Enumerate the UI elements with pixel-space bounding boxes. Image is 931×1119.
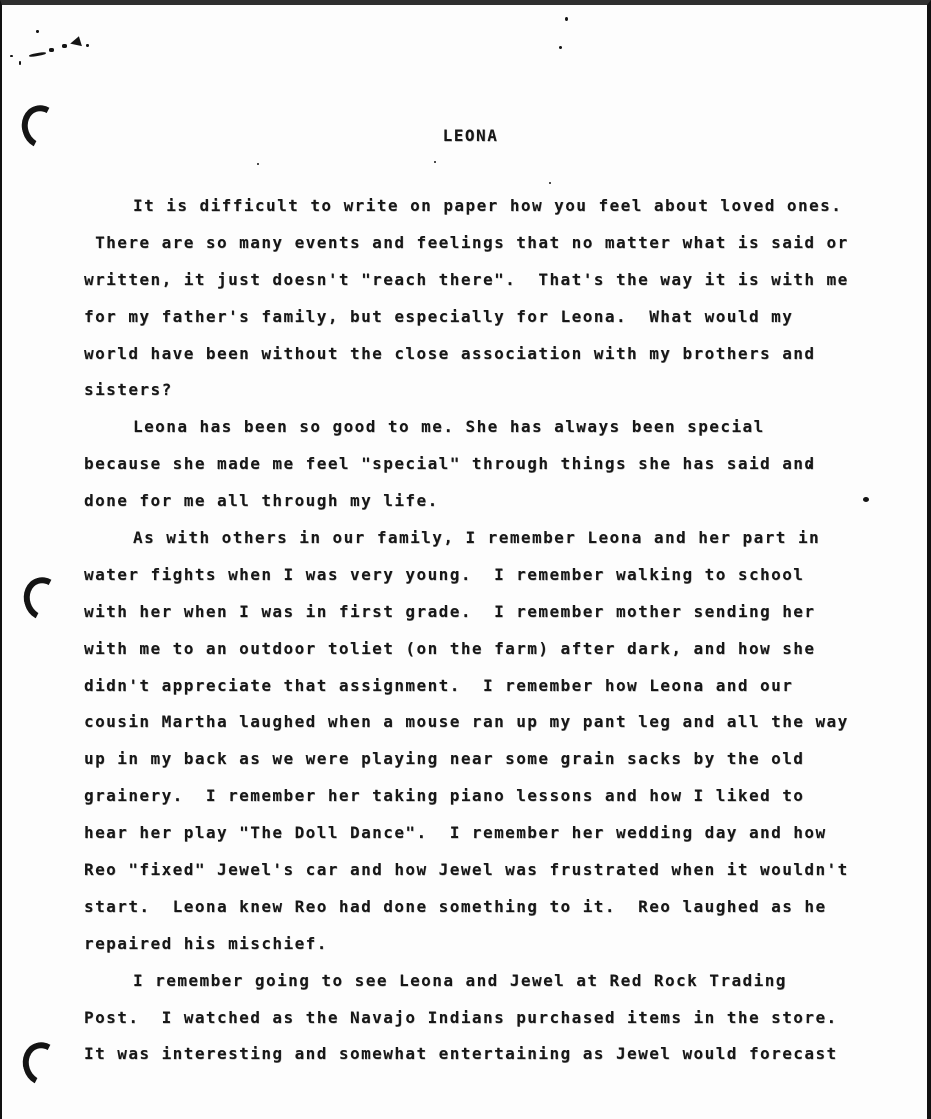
ink-smudge-dash xyxy=(29,52,46,58)
text-line: world have been without the close associ… xyxy=(84,343,899,380)
text-line: I remember going to see Leona and Jewel … xyxy=(84,970,899,1007)
text-line: with me to an outdoor toliet (on the far… xyxy=(84,638,899,675)
text-line: start. Leona knew Reo had done something… xyxy=(84,896,899,933)
text-line: up in my back as we were playing near so… xyxy=(84,748,899,785)
text-line: Reo "fixed" Jewel's car and how Jewel wa… xyxy=(84,859,899,896)
text-line: It is difficult to write on paper how yo… xyxy=(84,195,899,232)
text-line: water fights when I was very young. I re… xyxy=(84,564,899,601)
text-line: hear her play "The Doll Dance". I rememb… xyxy=(84,822,899,859)
text-line: written, it just doesn't "reach there". … xyxy=(84,269,899,306)
ink-smudge-blob xyxy=(70,35,84,46)
ink-smudge-dot xyxy=(86,44,89,47)
scanned-page: LEONA It is difficult to write on paper … xyxy=(0,0,931,1119)
paper-speck xyxy=(559,46,562,49)
text-line: cousin Martha laughed when a mouse ran u… xyxy=(84,711,899,748)
text-line: There are so many events and feelings th… xyxy=(84,232,899,269)
text-line: repaired his mischief. xyxy=(84,933,899,970)
ink-smudge-dot xyxy=(49,48,54,52)
text-line: Leona has been so good to me. She has al… xyxy=(84,416,899,453)
text-line: for my father's family, but especially f… xyxy=(84,306,899,343)
ink-smudge-dot xyxy=(10,55,13,57)
ink-smudge-dot xyxy=(62,44,67,48)
text-line: sisters? xyxy=(84,379,899,416)
paper-speck xyxy=(434,161,436,163)
paper-speck xyxy=(549,182,551,184)
text-line: As with others in our family, I remember… xyxy=(84,527,899,564)
text-line: Post. I watched as the Navajo Indians pu… xyxy=(84,1007,899,1044)
paper-speck xyxy=(565,17,568,21)
typewritten-lines: It is difficult to write on paper how yo… xyxy=(84,195,899,1080)
text-line: It was interesting and somewhat entertai… xyxy=(84,1043,899,1080)
ink-smudge-dot xyxy=(19,61,21,65)
ink-smudge-dot xyxy=(36,30,39,33)
paper-speck xyxy=(257,163,259,165)
text-line: done for me all through my life. xyxy=(84,490,899,527)
ink-smudge xyxy=(2,25,112,80)
hole-punch-mark xyxy=(17,1037,68,1091)
text-line: with her when I was in first grade. I re… xyxy=(84,601,899,638)
text-line: because she made me feel "special" throu… xyxy=(84,453,899,490)
page-title: LEONA xyxy=(2,126,927,145)
hole-punch-mark xyxy=(18,572,69,626)
text-line: grainery. I remember her taking piano le… xyxy=(84,785,899,822)
text-line: didn't appreciate that assignment. I rem… xyxy=(84,675,899,712)
